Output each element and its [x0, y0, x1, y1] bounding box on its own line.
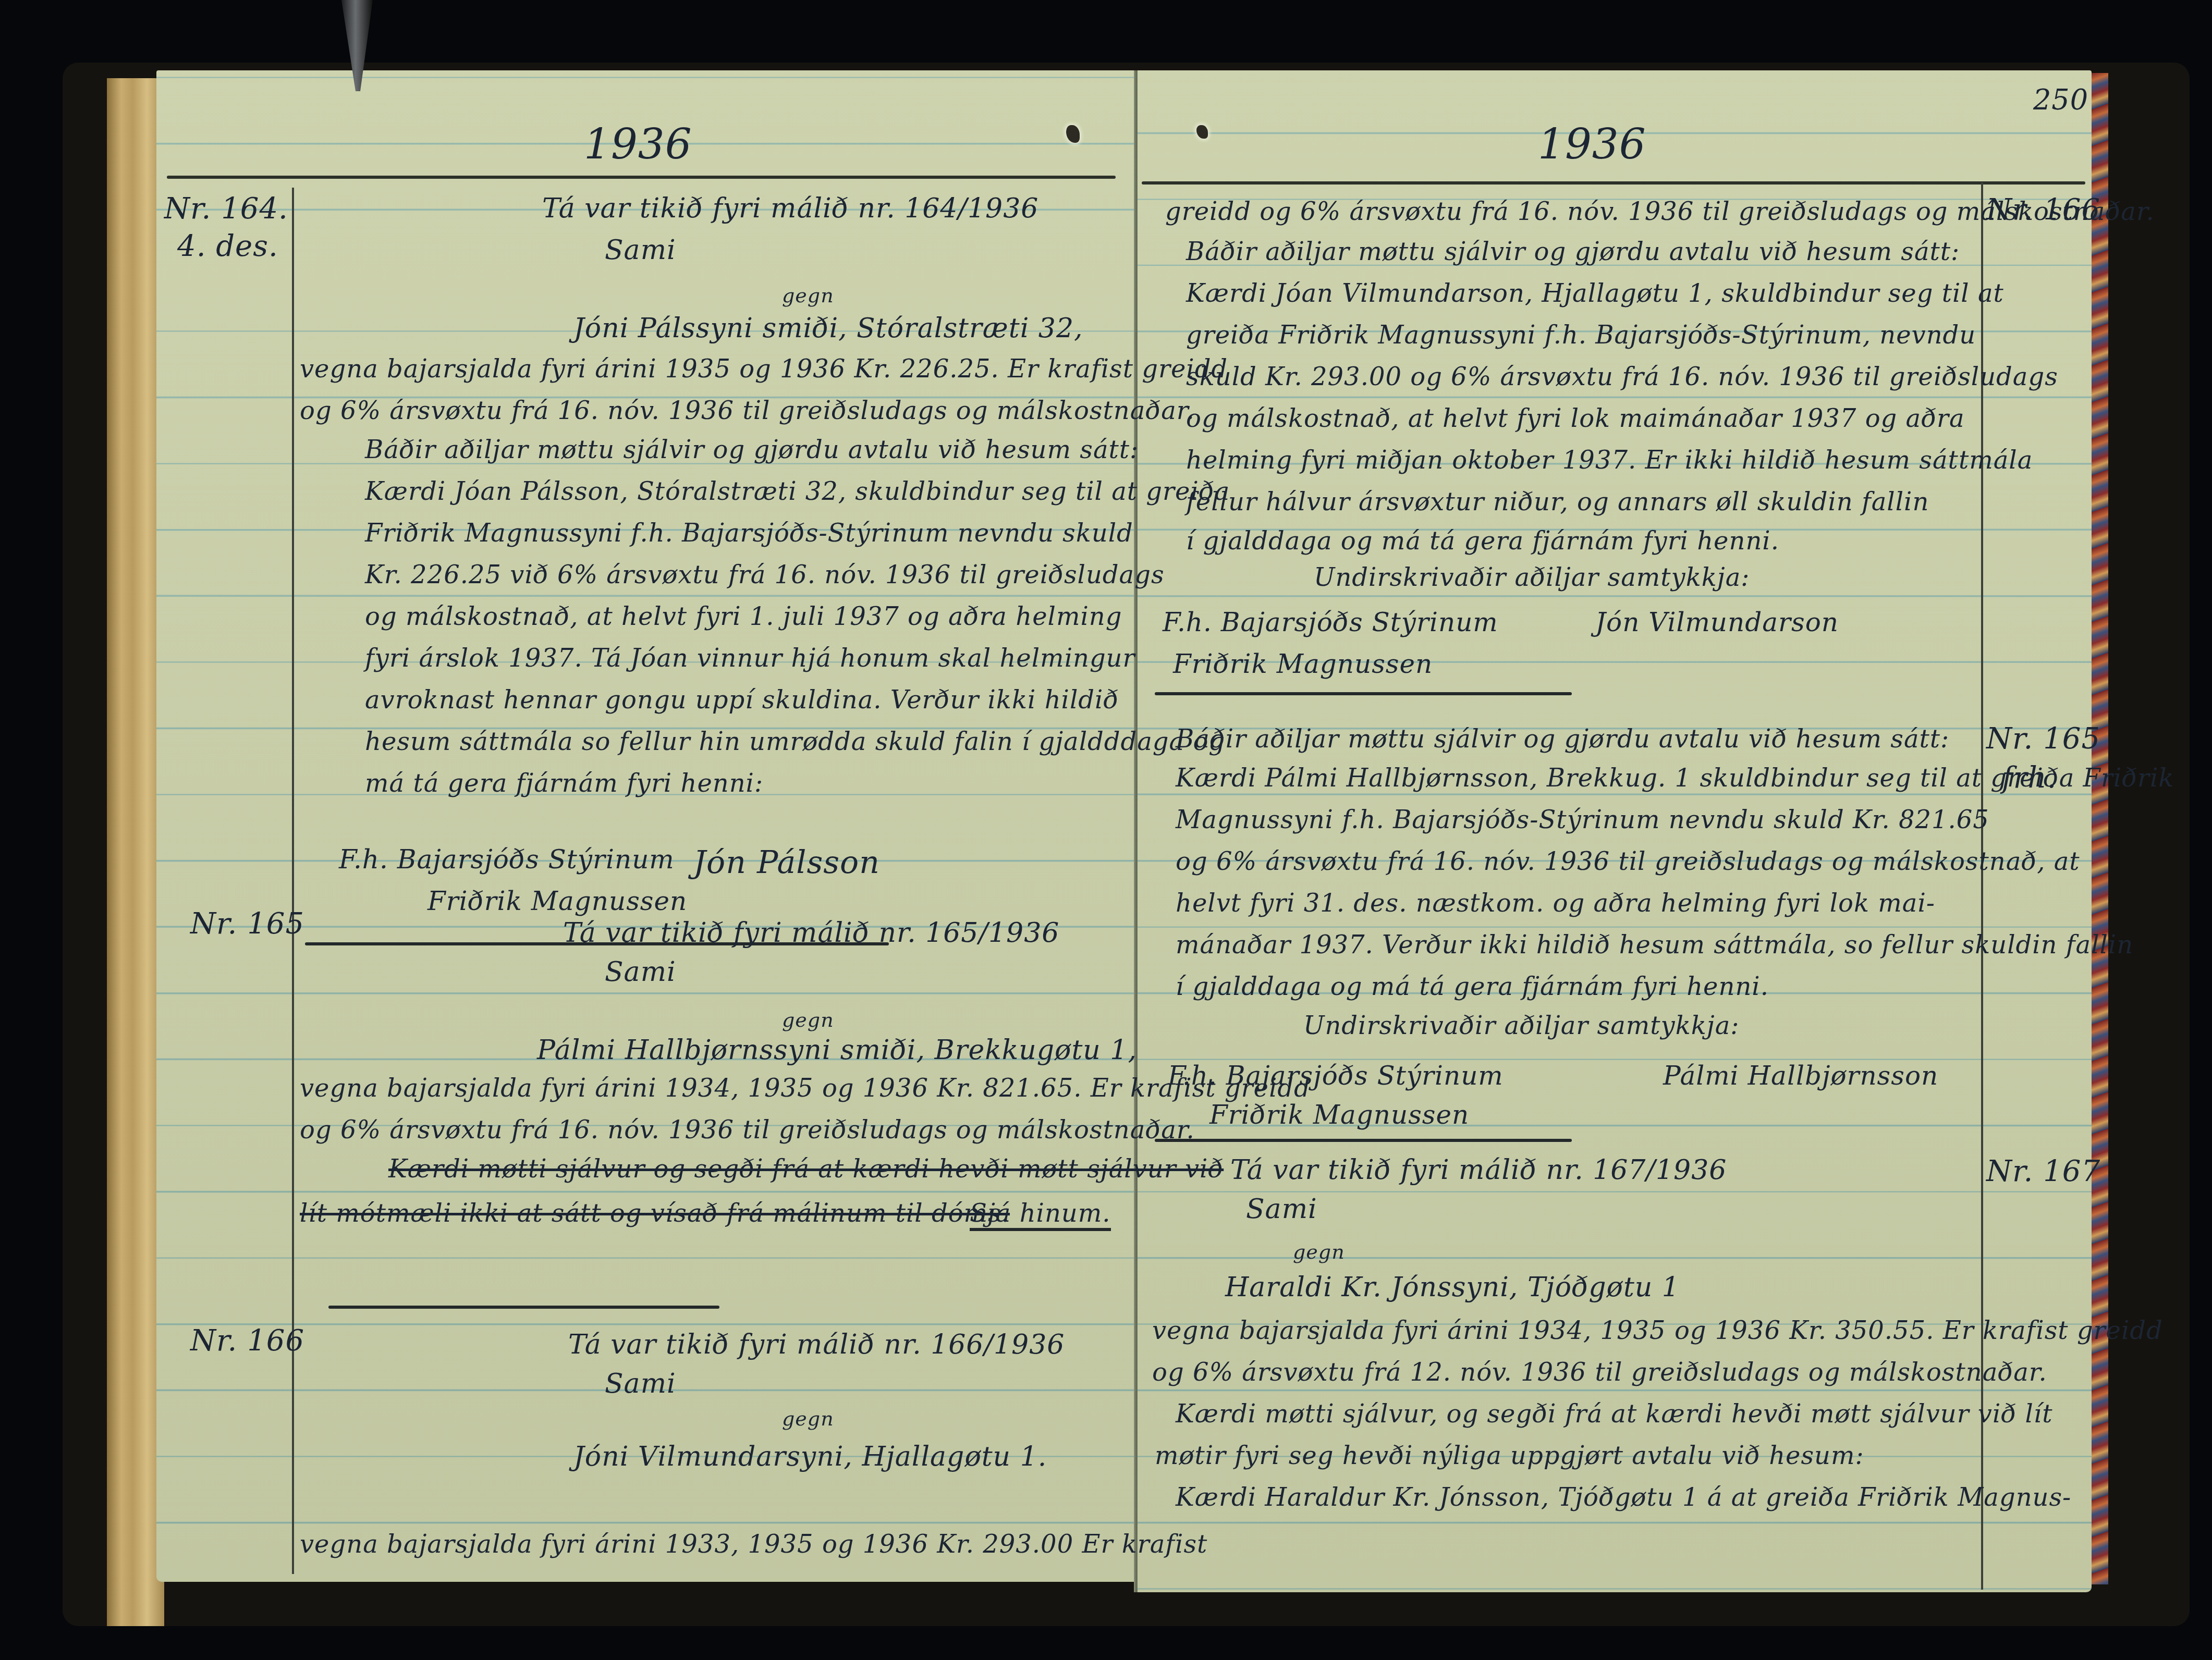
text-line: Undirskrivaðir aðiljar samtykkja:	[1314, 563, 1750, 592]
text-line: og 6% ársvøxtu frá 12. nóv. 1936 til gre…	[1152, 1358, 2047, 1387]
year-heading: 1936	[584, 120, 692, 168]
entry-separator	[1155, 1139, 1572, 1142]
struck-text-line: Kærdi møtti sjálvur og segði frá at kærd…	[388, 1154, 1224, 1184]
against-label: gegn	[1293, 1240, 1345, 1263]
text-line: má tá gera fjárnám fyri henni:	[365, 769, 763, 798]
defendant: Jóni Pálssyni smiði, Stóralstræti 32,	[573, 313, 1083, 344]
text-line: greidd og 6% ársvøxtu frá 16. nóv. 1936 …	[1165, 197, 2155, 226]
text-line: og 6% ársvøxtu frá 16. nóv. 1936 til gre…	[300, 396, 1195, 425]
signature-clerk-name: Friðrik Magnussen	[1173, 649, 1433, 679]
text-line: og 6% ársvøxtu frá 16. nóv. 1936 til gre…	[1176, 847, 2080, 876]
entry-date: 4. des.	[177, 229, 278, 263]
signature-clerk-name: Friðrik Magnussen	[1209, 1100, 1469, 1130]
plaintiff: Sami	[605, 1368, 676, 1399]
defendant: Haraldi Kr. Jónssyni, Tjóðgøtu 1	[1225, 1272, 1680, 1303]
text-line: í gjalddaga og má tá gera fjárnám fyri h…	[1176, 972, 1769, 1001]
text-line: Undirskrivaðir aðiljar samtykkja:	[1303, 1011, 1740, 1040]
struck-text-line: lít mótmæli ikki at sátt og vísað frá má…	[300, 1199, 1010, 1228]
text-line: Kærdi Pálmi Hallbjørnsson, Brekkug. 1 sk…	[1176, 764, 2174, 793]
text-line: Magnussyni f.h. Bajarsjóðs-Stýrinum nevn…	[1176, 805, 1989, 834]
plaintiff: Sami	[605, 956, 676, 988]
text-line: Báðir aðiljar møttu sjálvir og gjørdu av…	[1186, 237, 1960, 266]
text-line: helming fyri miðjan oktober 1937. Er ikk…	[1186, 446, 2033, 475]
header-rule	[167, 176, 1116, 179]
signature-clerk: F.h. Bajarsjóðs Stýrinum	[339, 844, 675, 875]
page-number: 250	[2033, 83, 2088, 116]
text-line: vegna bajarsjalda fyri árini 1935 og 193…	[300, 354, 1228, 384]
cross-reference: Sjá hinum.	[970, 1199, 1111, 1231]
entry-number: Nr. 165	[190, 907, 304, 941]
signature-clerk: F.h. Bajarsjóðs Stýrinum	[1168, 1061, 1504, 1091]
entry-number: Nr. 167	[1986, 1154, 2100, 1188]
text-line: Kærdi Haraldur Kr. Jónsson, Tjóðgøtu 1 á…	[1176, 1483, 2071, 1512]
entry-title: Tá var tikið fyri málið nr. 164/1936	[542, 193, 1038, 224]
signature-clerk: F.h. Bajarsjóðs Stýrinum	[1163, 607, 1498, 637]
text-line: í gjalddaga og má tá gera fjárnám fyri h…	[1186, 526, 1779, 556]
marbled-page-edge	[2092, 73, 2108, 1584]
entry-title: Tá var tikið fyri málið nr. 167/1936	[1230, 1154, 1727, 1186]
year-heading: 1936	[1538, 120, 1646, 168]
entry-separator	[1155, 692, 1572, 695]
against-label: gegn	[782, 1407, 834, 1430]
text-line: og málskostnað, at helvt fyri 1. juli 19…	[365, 602, 1122, 631]
signature-defendant: Jón Vilmundarson	[1595, 607, 1839, 637]
text-line: skuld Kr. 293.00 og 6% ársvøxtu frá 16. …	[1186, 362, 2058, 391]
text-line: avroknast hennar gongu uppí skuldina. Ve…	[365, 685, 1119, 715]
text-line: Kr. 226.25 við 6% ársvøxtu frá 16. nóv. …	[365, 560, 1165, 589]
entry-number: Nr. 164.	[164, 192, 288, 226]
text-line: Kærdi møtti sjálvur, og segði frá at kær…	[1176, 1399, 2052, 1429]
text-line: hesum sáttmála so fellur hin umrødda sku…	[365, 727, 1225, 756]
signature-defendant: Jón Pálsson	[693, 844, 880, 881]
entry-title: Tá var tikið fyri málið nr. 166/1936	[568, 1329, 1065, 1360]
plaintiff: Sami	[1246, 1194, 1317, 1225]
entry-separator	[328, 1306, 719, 1309]
margin-rule	[292, 188, 294, 1574]
plaintiff: Sami	[605, 235, 676, 266]
text-line: og málskostnað, at helvt fyri lok maimán…	[1186, 404, 1965, 433]
text-line: vegna bajarsjalda fyri árini 1934, 1935 …	[1152, 1316, 2163, 1345]
against-label: gegn	[782, 1009, 834, 1031]
text-line: fyri árslok 1937. Tá Jóan vinnur hjá hon…	[365, 644, 1135, 673]
signature-clerk-name: Friðrik Magnussen	[427, 886, 687, 916]
text-line: vegna bajarsjalda fyri árini 1934, 1935 …	[300, 1074, 1311, 1103]
text-line: helvt fyri 31. des. næstkom. og aðra hel…	[1176, 889, 1935, 918]
text-line: Báðir aðiljar møttu sjálvir og gjørdu av…	[1176, 724, 1949, 754]
text-line: greiða Friðrik Magnussyni f.h. Bajarsjóð…	[1186, 321, 1976, 350]
text-line: møtir fyri seg hevði nýliga uppgjørt avt…	[1155, 1441, 1864, 1470]
text-line: Friðrik Magnussyni f.h. Bajarsjóðs-Stýri…	[365, 519, 1133, 548]
text-line: fellur hálvur ársvøxtur niður, og annars…	[1186, 487, 1929, 517]
signature-defendant: Pálmi Hallbjørnsson	[1663, 1061, 1938, 1091]
entry-number: Nr. 165	[1986, 722, 2100, 756]
text-line: Kærdi Jóan Vilmundarson, Hjallagøtu 1, s…	[1186, 279, 2004, 308]
defendant: Pálmi Hallbjørnssyni smiði, Brekkugøtu 1…	[537, 1035, 1137, 1066]
text-line: vegna bajarsjalda fyri árini 1933, 1935 …	[300, 1530, 1207, 1559]
header-rule	[1142, 181, 2085, 185]
against-label: gegn	[782, 284, 834, 307]
text-line: mánaðar 1937. Verður ikki hildið hesum s…	[1176, 930, 2133, 960]
text-line: og 6% ársvøxtu frá 16. nóv. 1936 til gre…	[300, 1115, 1195, 1145]
entry-title: Tá var tikið fyri málið nr. 165/1936	[563, 917, 1059, 949]
defendant: Jóni Vilmundarsyni, Hjallagøtu 1.	[573, 1441, 1047, 1472]
entry-number: Nr. 166	[190, 1324, 304, 1358]
text-line: Kærdi Jóan Pálsson, Stóralstræti 32, sku…	[365, 477, 1230, 506]
text-line: Báðir aðiljar møttu sjálvir og gjørdu av…	[365, 435, 1139, 464]
page-stack-edge	[107, 78, 164, 1626]
